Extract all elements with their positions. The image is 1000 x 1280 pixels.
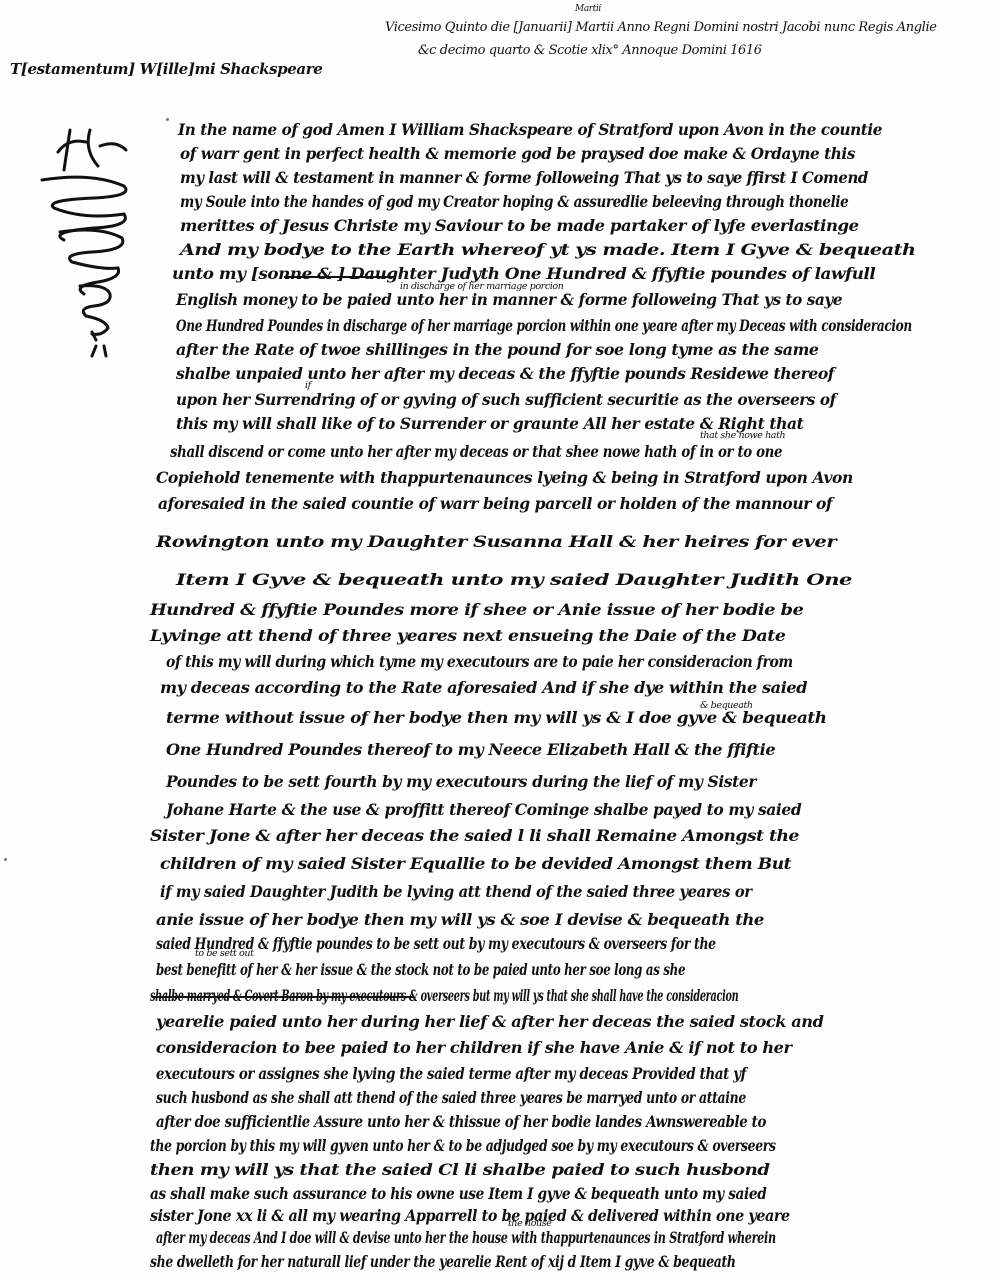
body-line: Johane Harte & the use & proffitt thereo…	[166, 798, 801, 822]
body-line: she dwelleth for her naturall lief under…	[150, 1250, 736, 1274]
strike-through-mark	[154, 996, 414, 998]
margin-title: T[estamentum] W[ille]mi Shackspeare	[10, 60, 322, 78]
body-line: best benefitt of her & her issue & the s…	[156, 958, 685, 982]
body-line: shalbe unpaied unto her after my deceas …	[176, 362, 834, 386]
body-line: as shall make such assurance to his owne…	[150, 1182, 766, 1206]
body-line: yearelie paied unto her during her lief …	[156, 1010, 823, 1034]
body-line: of this my will during which tyme my exe…	[166, 650, 793, 674]
body-line: Sister Jone & after her deceas the saied…	[150, 824, 799, 848]
header-line-1: Vicesimo Quinto die [Januarii] Martii An…	[385, 20, 937, 35]
body-line: if my saied Daughter Judith be lyving at…	[160, 880, 752, 904]
body-line: of warr gent in perfect health & memorie…	[180, 142, 855, 166]
body-line: my Soule into the handes of god my Creat…	[180, 190, 848, 214]
body-line: sister Jone xx li & all my wearing Appar…	[150, 1204, 790, 1228]
body-line: after doe sufficientlie Assure unto her …	[156, 1110, 766, 1134]
body-line: Lyvinge att thend of three yeares next e…	[150, 624, 785, 648]
body-line: shall discend or come unto her after my …	[170, 440, 782, 464]
body-line: Hundred & ffyftie Poundes more if shee o…	[150, 598, 803, 622]
body-line: consideracion to bee paied to her childr…	[156, 1036, 792, 1060]
body-line: after the Rate of twoe shillinges in the…	[176, 338, 819, 362]
scan-speck	[166, 118, 169, 121]
body-line: Poundes to be sett fourth by my executou…	[166, 770, 756, 794]
scan-speck	[4, 858, 7, 861]
body-line: then my will ys that the saied Cl li sha…	[150, 1158, 769, 1182]
body-line: children of my saied Sister Equallie to …	[160, 852, 791, 876]
body-line: One Hundred Poundes in discharge of her …	[176, 314, 912, 338]
body-line: Copiehold tenemente with thappurtenaunce…	[156, 466, 853, 490]
body-line: my last will & testament in manner & for…	[180, 166, 868, 190]
body-line: Rowington unto my Daughter Susanna Hall …	[156, 530, 836, 554]
body-line: terme without issue of her bodye then my…	[166, 706, 826, 730]
body-line: upon her Surrendring of or gyving of suc…	[176, 388, 836, 412]
body-line: Item I Gyve & bequeath unto my saied Dau…	[176, 568, 852, 592]
body-line: anie issue of her bodye then my will ys …	[156, 908, 764, 932]
body-line: such husbond as she shall att thend of t…	[156, 1086, 746, 1110]
spiral-flourish-icon	[30, 100, 140, 360]
manuscript-page: Vicesimo Quinto die [Januarii] Martii An…	[0, 0, 1000, 1280]
body-line: One Hundred Poundes thereof to my Neece …	[166, 738, 775, 762]
body-line: the porcion by this my will gyven unto h…	[150, 1134, 776, 1158]
body-line: merittes of Jesus Christe my Saviour to …	[180, 214, 859, 238]
body-line: executours or assignes she lyving the sa…	[156, 1062, 746, 1086]
body-line: And my bodye to the Earth whereof yt ys …	[180, 238, 915, 262]
body-line: after my deceas And I doe will & devise …	[156, 1226, 776, 1250]
header-line-2: &c decimo quarto & Scotie xlix° Annoque …	[418, 43, 762, 58]
body-line: my deceas according to the Rate aforesai…	[160, 676, 807, 700]
body-line: aforesaied in the saied countie of warr …	[158, 492, 832, 516]
strike-through-mark	[284, 276, 394, 278]
body-line: In the name of god Amen I William Shacks…	[178, 118, 882, 142]
header-interlinear: Martii	[575, 4, 601, 14]
body-line: English money to be paied unto her in ma…	[176, 288, 842, 312]
